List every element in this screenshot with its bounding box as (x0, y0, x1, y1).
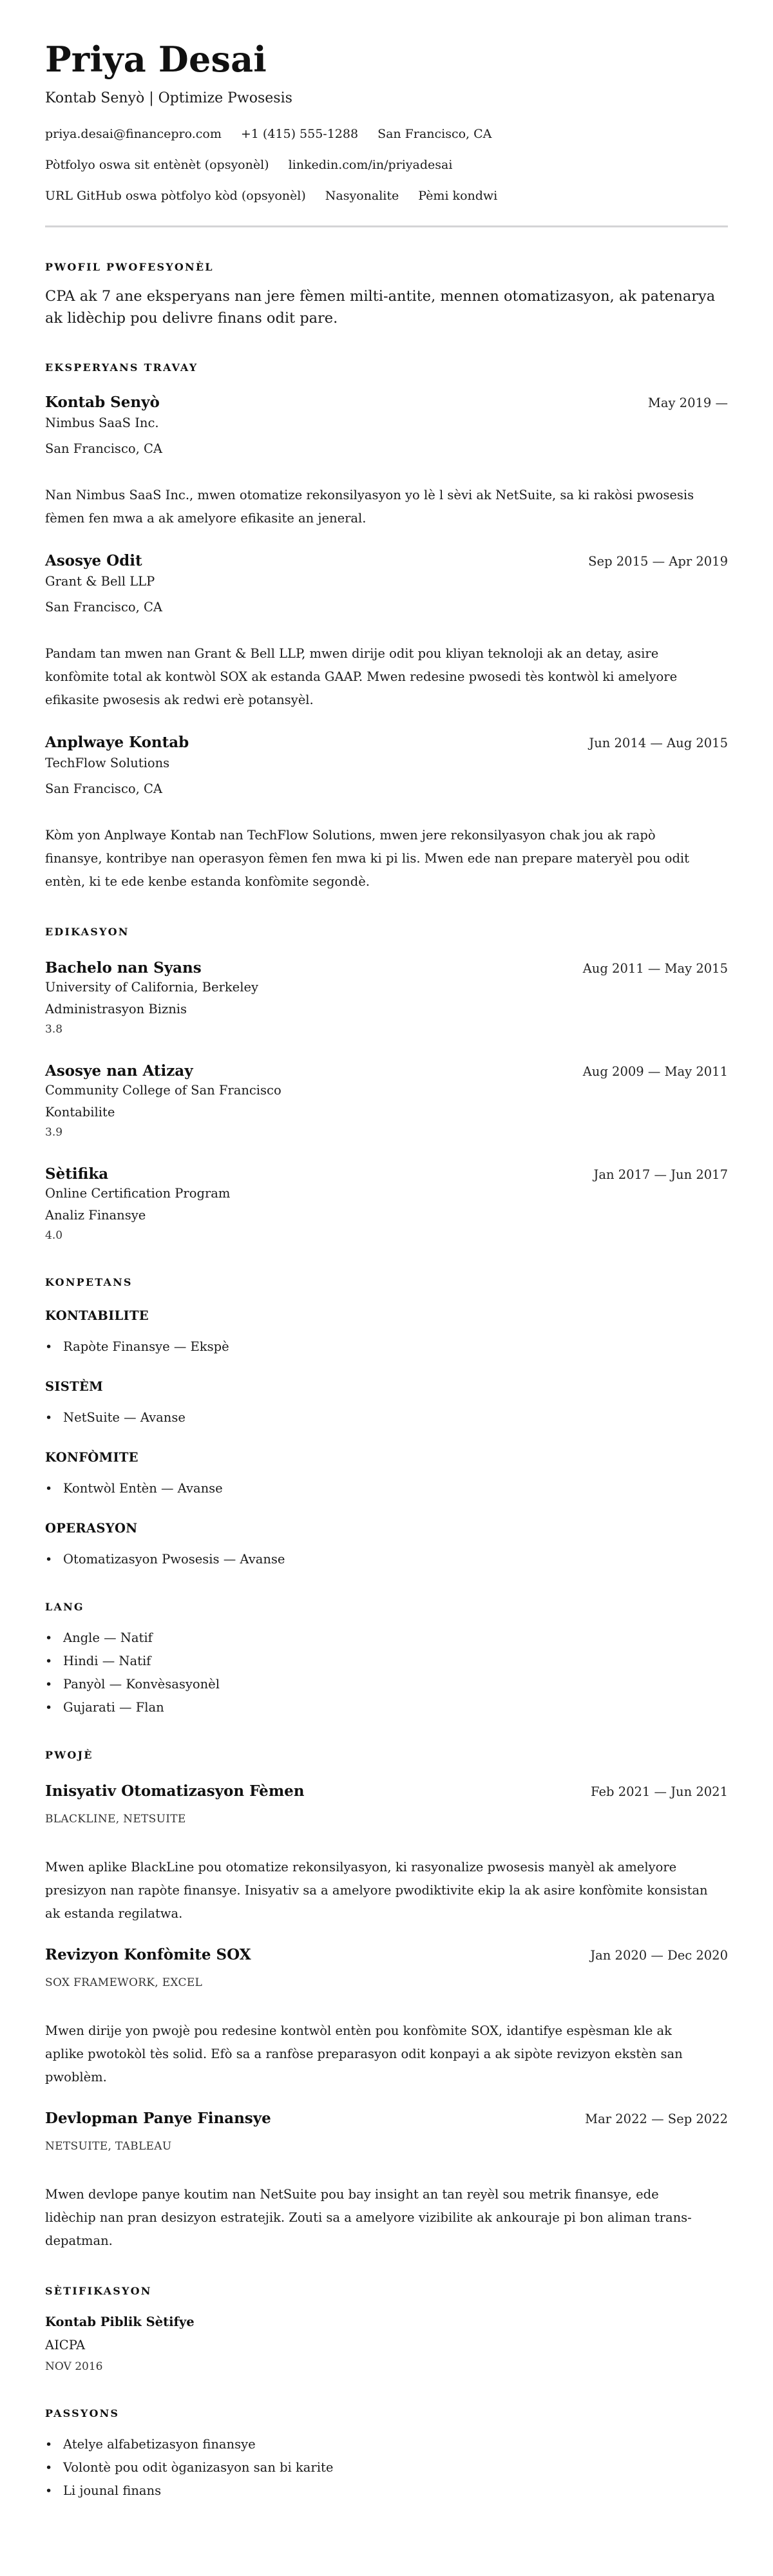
job-description: Kòm yon Anplwaye Kontab nan TechFlow Sol… (45, 824, 728, 893)
languages-section: Lang Angle — Natif Hindi — Natif Panyòl … (45, 1599, 728, 1717)
skill-group-title: OPERASYON (45, 1520, 728, 1538)
candidate-name: Priya Desai (45, 36, 728, 82)
language-item: Gujarati — Flan (45, 1699, 728, 1717)
interest-item: Atelye alfabetizasyon finansye (45, 2436, 728, 2454)
interest-list: Atelye alfabetizasyon finansye Volontè p… (45, 2436, 728, 2500)
school: Community College of San Francisco (45, 1082, 728, 1100)
resume-page: Priya Desai Kontab Senyò | Optimize Pwos… (0, 0, 773, 2539)
skill-item: NetSuite — Avanse (45, 1409, 728, 1427)
skill-item: Rapòte Finansye — Ekspè (45, 1338, 728, 1356)
project-tech: NetSuite, Tableau (45, 2138, 728, 2155)
degree: Sètifika (45, 1164, 108, 1185)
job-dates: May 2019 — (648, 394, 728, 412)
certification-date: Nov 2016 (45, 2358, 728, 2375)
section-title: Pwofil Pwofesyonèl (45, 260, 728, 275)
degree: Bachelo nan Syans (45, 958, 202, 978)
project-entry: Devlopman Panye Finansye Mar 2022 — Sep … (45, 2108, 728, 2253)
field-of-study: Administrasyon Biznis (45, 1000, 728, 1018)
job-description: Pandam tan mwen nan Grant & Bell LLP, mw… (45, 642, 728, 712)
project-description: Mwen devlope panye koutim nan NetSuite p… (45, 2183, 728, 2253)
company: Nimbus SaaS Inc. (45, 414, 728, 432)
github-link[interactable]: URL GitHub oswa pòtfolyo kòd (opsyonèl) (45, 187, 306, 205)
section-title: Konpetans (45, 1275, 728, 1290)
project-entry: Inisyativ Otomatizasyon Fèmen Feb 2021 —… (45, 1781, 728, 1925)
skill-list: Rapòte Finansye — Ekspè (45, 1338, 728, 1356)
contact-row: URL GitHub oswa pòtfolyo kòd (opsyonèl) … (45, 187, 728, 205)
interest-item: Li jounal finans (45, 2482, 728, 2500)
projects-section: Pwojè Inisyativ Otomatizasyon Fèmen Feb … (45, 1748, 728, 2253)
skill-group: SISTÈM NetSuite — Avanse (45, 1378, 728, 1427)
language-item: Hindi — Natif (45, 1652, 728, 1670)
project-dates: Jan 2020 — Dec 2020 (590, 1947, 728, 1965)
skill-group-title: SISTÈM (45, 1378, 728, 1396)
experience-entry: Kontab Senyò May 2019 — Nimbus SaaS Inc.… (45, 392, 728, 530)
interest-item: Volontè pou odit òganizasyon san bi kari… (45, 2459, 728, 2477)
project-dates: Feb 2021 — Jun 2021 (591, 1783, 728, 1801)
certification-issuer: AICPA (45, 2336, 728, 2354)
summary-section: Pwofil Pwofesyonèl CPA ak 7 ane eksperya… (45, 260, 728, 329)
location: San Francisco, CA (377, 125, 491, 143)
degree: Asosye nan Atizay (45, 1061, 193, 1082)
skill-group: KONFÒMITE Kontwòl Entèn — Avanse (45, 1449, 728, 1498)
contact-block: priya.desai@financepro.com +1 (415) 555-… (45, 125, 728, 205)
project-title: Inisyativ Otomatizasyon Fèmen (45, 1781, 305, 1802)
contact-row: priya.desai@financepro.com +1 (415) 555-… (45, 125, 728, 143)
drivers-license: Pèmi kondwi (418, 187, 497, 205)
section-title: Sètifikasyon (45, 2284, 728, 2299)
skill-item: Kontwòl Entèn — Avanse (45, 1480, 728, 1498)
education-dates: Jan 2017 — Jun 2017 (594, 1166, 728, 1184)
email[interactable]: priya.desai@financepro.com (45, 125, 222, 143)
experience-entry: Anplwaye Kontab Jun 2014 — Aug 2015 Tech… (45, 732, 728, 893)
job-location: San Francisco, CA (45, 440, 728, 458)
section-title: Lang (45, 1599, 728, 1615)
skill-list: Otomatizasyon Pwosesis — Avanse (45, 1550, 728, 1569)
skill-group-title: KONFÒMITE (45, 1449, 728, 1467)
portfolio-link[interactable]: Pòtfolyo oswa sit entènèt (opsyonèl) (45, 156, 269, 174)
interests-section: Passyons Atelye alfabetizasyon finansye … (45, 2406, 728, 2500)
skill-list: Kontwòl Entèn — Avanse (45, 1480, 728, 1498)
linkedin-link[interactable]: linkedin.com/in/priyadesai (289, 156, 453, 174)
project-dates: Mar 2022 — Sep 2022 (585, 2110, 728, 2128)
section-title: Eksperyans Travay (45, 360, 728, 376)
project-description: Mwen aplike BlackLine pou otomatize reko… (45, 1856, 728, 1925)
job-title: Kontab Senyò (45, 392, 160, 413)
language-item: Angle — Natif (45, 1629, 728, 1647)
gpa: 3.8 (45, 1021, 728, 1038)
project-entry: Revizyon Konfòmite SOX Jan 2020 — Dec 20… (45, 1945, 728, 2089)
experience-section: Eksperyans Travay Kontab Senyò May 2019 … (45, 360, 728, 893)
candidate-headline: Kontab Senyò | Optimize Pwosesis (45, 88, 728, 110)
certifications-section: Sètifikasyon Kontab Piblik Sètifye AICPA… (45, 2284, 728, 2375)
resume-header: Priya Desai Kontab Senyò | Optimize Pwos… (45, 36, 728, 205)
education-dates: Aug 2009 — May 2011 (583, 1063, 728, 1081)
gpa: 3.9 (45, 1124, 728, 1141)
project-tech: SOX Framework, Excel (45, 1974, 728, 1991)
skill-group: OPERASYON Otomatizasyon Pwosesis — Avans… (45, 1520, 728, 1569)
language-item: Panyòl — Konvèsasyonèl (45, 1675, 728, 1693)
section-title: Pwojè (45, 1748, 728, 1763)
skill-item: Otomatizasyon Pwosesis — Avanse (45, 1550, 728, 1569)
education-entry: Asosye nan Atizay Aug 2009 — May 2011 Co… (45, 1061, 728, 1141)
company: TechFlow Solutions (45, 754, 728, 772)
job-location: San Francisco, CA (45, 598, 728, 616)
section-title: Passyons (45, 2406, 728, 2421)
job-location: San Francisco, CA (45, 780, 728, 798)
field-of-study: Analiz Finansye (45, 1207, 728, 1225)
contact-row: Pòtfolyo oswa sit entènèt (opsyonèl) lin… (45, 156, 728, 174)
gpa: 4.0 (45, 1227, 728, 1244)
job-description: Nan Nimbus SaaS Inc., mwen otomatize rek… (45, 484, 728, 530)
header-divider (45, 225, 728, 227)
field-of-study: Kontabilite (45, 1103, 728, 1121)
skill-group: KONTABILITE Rapòte Finansye — Ekspè (45, 1307, 728, 1356)
education-section: Edikasyon Bachelo nan Syans Aug 2011 — M… (45, 924, 728, 1244)
school: University of California, Berkeley (45, 978, 728, 997)
project-title: Revizyon Konfòmite SOX (45, 1945, 251, 1965)
nationality: Nasyonalite (325, 187, 399, 205)
phone[interactable]: +1 (415) 555-1288 (241, 125, 358, 143)
skill-group-title: KONTABILITE (45, 1307, 728, 1325)
project-tech: BlackLine, NetSuite (45, 1811, 728, 1827)
job-dates: Jun 2014 — Aug 2015 (589, 734, 728, 752)
section-title: Edikasyon (45, 924, 728, 940)
company: Grant & Bell LLP (45, 573, 728, 591)
education-dates: Aug 2011 — May 2015 (583, 960, 728, 978)
job-title: Anplwaye Kontab (45, 732, 189, 753)
certification-entry: Kontab Piblik Sètifye AICPA Nov 2016 (45, 2313, 728, 2375)
summary-text: CPA ak 7 ane eksperyans nan jere fèmen m… (45, 285, 728, 329)
language-list: Angle — Natif Hindi — Natif Panyòl — Kon… (45, 1629, 728, 1717)
skill-list: NetSuite — Avanse (45, 1409, 728, 1427)
skills-section: Konpetans KONTABILITE Rapòte Finansye — … (45, 1275, 728, 1569)
education-entry: Sètifika Jan 2017 — Jun 2017 Online Cert… (45, 1164, 728, 1244)
job-title: Asosye Odit (45, 551, 142, 571)
certification-name: Kontab Piblik Sètifye (45, 2313, 728, 2331)
school: Online Certification Program (45, 1185, 728, 1203)
experience-entry: Asosye Odit Sep 2015 — Apr 2019 Grant & … (45, 551, 728, 712)
project-title: Devlopman Panye Finansye (45, 2108, 271, 2129)
project-description: Mwen dirije yon pwojè pou redesine kontw… (45, 2019, 728, 2089)
education-entry: Bachelo nan Syans Aug 2011 — May 2015 Un… (45, 958, 728, 1038)
job-dates: Sep 2015 — Apr 2019 (588, 553, 728, 571)
